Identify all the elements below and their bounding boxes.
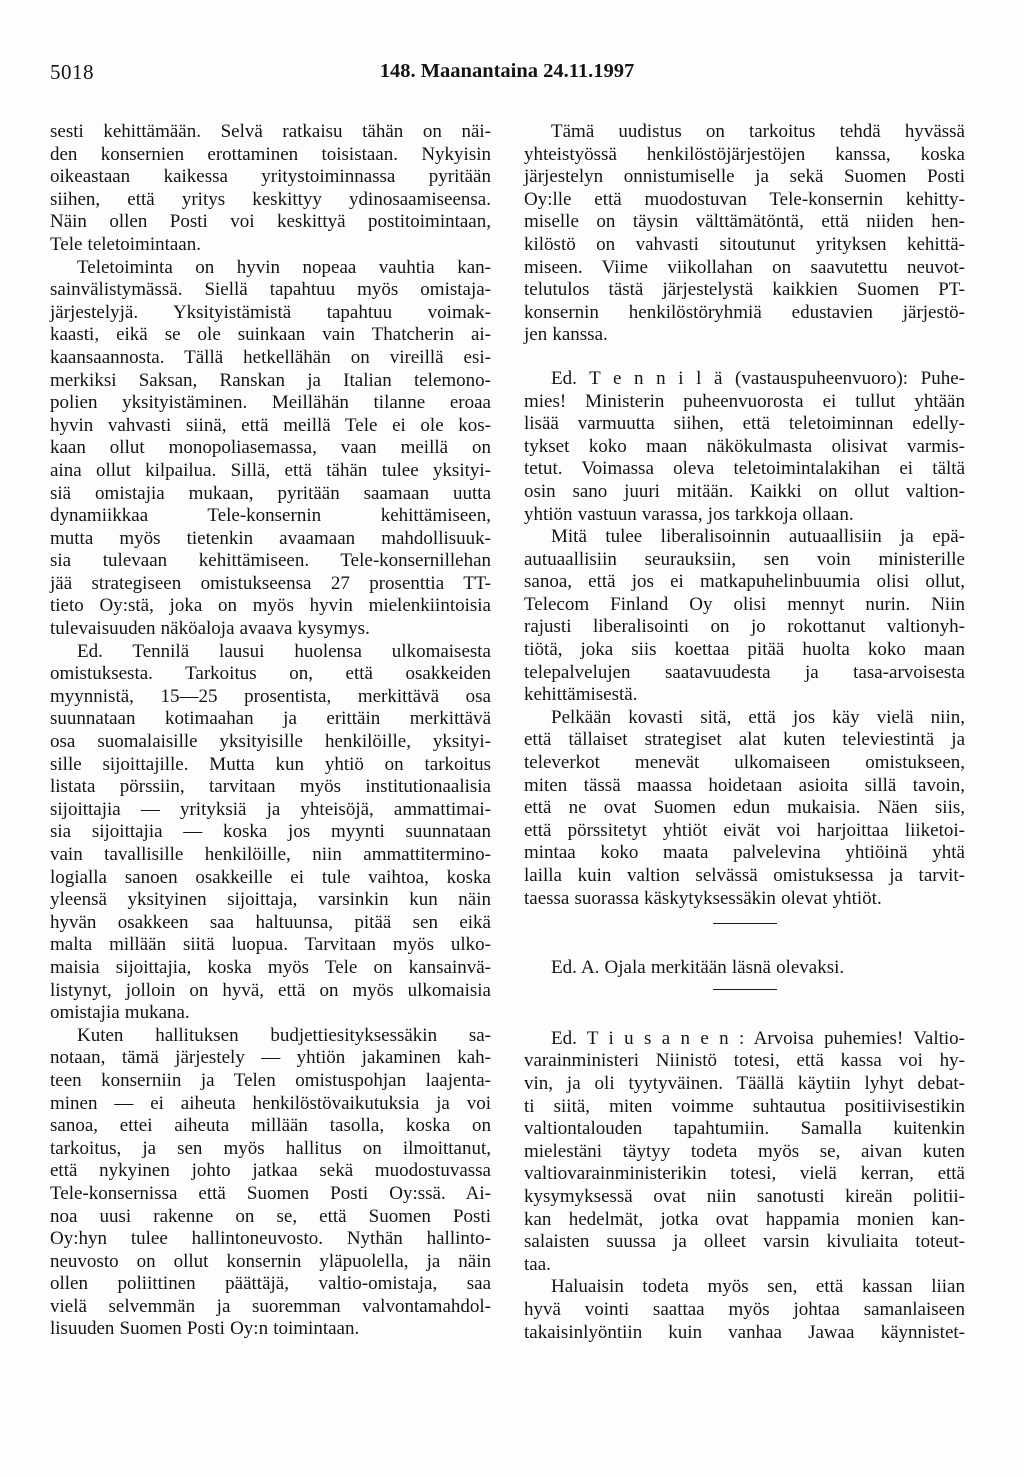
text-line: dynamiikkaa Tele-konsernin kehittämiseen… bbox=[50, 505, 491, 528]
text-line: aina ollut kilpailua. Sillä, että tähän … bbox=[50, 460, 491, 483]
session-header: 148. Maanantaina 24.11.1997 bbox=[50, 60, 964, 83]
text-line: sia sijoittajia — koska jos myynti suunn… bbox=[50, 821, 491, 844]
text-line: että pörssitetyt yhtiöt eivät voi harjoi… bbox=[524, 820, 965, 843]
text-line: maisia sijoittajia, koska myös Tele on k… bbox=[50, 957, 491, 980]
text-line: takaisinlyöntiin kuin vanhaa Jawaa käynn… bbox=[524, 1322, 965, 1345]
text-line: ollen poliittinen päättäjä, valtio-omist… bbox=[50, 1273, 491, 1296]
text-line: den konsernien erottaminen toisistaan. N… bbox=[50, 144, 491, 167]
text-line: siä omistajia mukaan, pyritään saamaan u… bbox=[50, 483, 491, 506]
text-line: lailla kuin valtion selvässä omistuksess… bbox=[524, 865, 965, 888]
text-line: sesti kehittämään. Selvä ratkaisu tähän … bbox=[50, 121, 491, 144]
divider-line bbox=[713, 923, 777, 924]
text-line: hyvin vahvasti siinä, että meillä Tele e… bbox=[50, 415, 491, 438]
text-line: Tele-konsernissa että Suomen Posti Oy:ss… bbox=[50, 1183, 491, 1206]
divider-line bbox=[713, 989, 777, 990]
text-line: varainministeri Niinistö totesi, että ka… bbox=[524, 1050, 965, 1073]
text-line: kan hedelmät, jotka ovat happamia monien… bbox=[524, 1209, 965, 1232]
text-line: kehittämisestä. bbox=[524, 684, 965, 707]
text-line: kaan ollut monopoliasemassa, vaan meillä… bbox=[50, 437, 491, 460]
text-line: Kuten hallituksen budjettiesityksessäkin… bbox=[50, 1025, 491, 1048]
text-line: jää strategiseen omistukseensa 27 prosen… bbox=[50, 573, 491, 596]
text-line: yhteistyössä henkilöstöjärjestöjen kanss… bbox=[524, 144, 965, 167]
text-line: tiötä, joka siis koettaa pitää huolta ko… bbox=[524, 639, 965, 662]
text-line: tieto Oy:stä, joka on myös hyvin mielenk… bbox=[50, 595, 491, 618]
text-line: taessa suorassa käskytyksessäkin olevat … bbox=[524, 888, 965, 911]
text-line: osin sano juuri mitään. Kaikki on ollut … bbox=[524, 481, 965, 504]
text-line: mintaa koko maata palvelevina yhtiöinä y… bbox=[524, 842, 965, 865]
text-line: autuaallisiin seurauksiin, sen voin mini… bbox=[524, 549, 965, 572]
text-line: ti siitä, miten voimme suhtautua positii… bbox=[524, 1096, 965, 1119]
text-line: vin, ja oli tyytyväinen. Täällä käytiin … bbox=[524, 1073, 965, 1096]
text-line: Oy:lle että muodostuvan Tele-konsernin k… bbox=[524, 189, 965, 212]
text-line: suunnataan kotimaahan ja erittäin merkit… bbox=[50, 708, 491, 731]
text-line: Telecom Finland Oy olisi mennyt nurin. N… bbox=[524, 594, 965, 617]
text-line: taa. bbox=[524, 1254, 965, 1277]
text-line: notaan, tämä järjestely — yhtiön jakamin… bbox=[50, 1047, 491, 1070]
text-line: sanoa, ettei aiheuta millään tasolla, ko… bbox=[50, 1115, 491, 1138]
text-line: sijoittajia — yrityksiä ja yhteisöjä, am… bbox=[50, 799, 491, 822]
text-line: tarkoitus, ja sen myös hallitus on ilmoi… bbox=[50, 1138, 491, 1161]
text-line: yleensä yksityinen sijoittaja, varsinkin… bbox=[50, 889, 491, 912]
text-line: listynyt, jolloin on hyvä, että on myös … bbox=[50, 980, 491, 1003]
section-divider bbox=[524, 923, 965, 924]
text-line: Mitä tulee liberalisoinnin autuaallisiin… bbox=[524, 526, 965, 549]
text-line: jen kanssa. bbox=[524, 324, 965, 347]
text-line: sainvälistymässä. Siellä tapahtuu myös o… bbox=[50, 279, 491, 302]
text-line: oikeastaan kaikessa yritystoiminnassa py… bbox=[50, 166, 491, 189]
text-line: että nykyinen johto jatkaa sekä muodostu… bbox=[50, 1160, 491, 1183]
text-line: myynnistä, 15—25 prosentista, merkittävä… bbox=[50, 686, 491, 709]
text-line: Teletoiminta on hyvin nopeaa vauhtia kan… bbox=[50, 257, 491, 280]
text-line: vain tavallisille henkilöille, niin amma… bbox=[50, 844, 491, 867]
text-line: sia tulevaan kehittämiseen. Tele-konsern… bbox=[50, 550, 491, 573]
text-line: kaansaannosta. Tällä hetkellähän on vire… bbox=[50, 347, 491, 370]
paragraph: Mitä tulee liberalisoinnin autuaallisiin… bbox=[524, 526, 965, 707]
text-columns: sesti kehittämään. Selvä ratkaisu tähän … bbox=[50, 121, 965, 1344]
text-line: neuvosto on ollut konsernin yläpuolella,… bbox=[50, 1251, 491, 1274]
text-line: Ed. T e n n i l ä (vastauspuheenvuoro): … bbox=[524, 368, 965, 391]
paragraph: Haluaisin todeta myös sen, että kassan l… bbox=[524, 1276, 965, 1344]
text-line: polien yksityistäminen. Meillähän tilann… bbox=[50, 392, 491, 415]
text-line: hyvän osakkeen saa haltuunsa, pitää sen … bbox=[50, 912, 491, 935]
text-line: logialla sanoen osakkeille ei tule vaiht… bbox=[50, 867, 491, 890]
text-line: Ed. Tennilä lausui huolensa ulkomaisesta bbox=[50, 641, 491, 664]
text-line: vielä selvemmän ja suoremman valvontamah… bbox=[50, 1296, 491, 1319]
text-line: siihen, että yritys keskittyy ydinosaami… bbox=[50, 189, 491, 212]
text-line: valtiontalouden tapahtumiin. Samalla kui… bbox=[524, 1118, 965, 1141]
text-line: Pelkään kovasti sitä, että jos käy vielä… bbox=[524, 707, 965, 730]
text-line: mielestäni täytyy todeta myös se, aivan … bbox=[524, 1141, 965, 1164]
text-line: Näin ollen Posti voi keskittyä postitoim… bbox=[50, 211, 491, 234]
text-line: miselle on täysin välttämätöntä, että ni… bbox=[524, 211, 965, 234]
paragraph: Ed. T e n n i l ä (vastauspuheenvuoro): … bbox=[524, 368, 965, 526]
text-line: miseen. Viime viikollahan on saavutettu … bbox=[524, 257, 965, 280]
right-column: Tämä uudistus on tarkoitus tehdä hyvässä… bbox=[524, 121, 965, 1344]
text-line: malta millään siitä luopua. Tarvitaan my… bbox=[50, 934, 491, 957]
left-column: sesti kehittämään. Selvä ratkaisu tähän … bbox=[50, 121, 491, 1344]
text-line: sille sijoittajille. Mutta kun yhtiö on … bbox=[50, 754, 491, 777]
text-line: mutta myös tietenkin avaamaan mahdollisu… bbox=[50, 528, 491, 551]
text-line: salaisten suussa ja olleet varsin kivuli… bbox=[524, 1231, 965, 1254]
text-line: listata pörssiin, tarvitaan myös institu… bbox=[50, 776, 491, 799]
text-line: Tele teletoimintaan. bbox=[50, 234, 491, 257]
text-line: mies! Ministerin puheenvuorosta ei tullu… bbox=[524, 391, 965, 414]
section-divider bbox=[524, 989, 965, 990]
text-line: tykset koko maan näkökulmasta olisivat v… bbox=[524, 436, 965, 459]
text-line: omistajia mukana. bbox=[50, 1002, 491, 1025]
text-line: Oy:hyn tulee hallintoneuvosto. Nythän ha… bbox=[50, 1228, 491, 1251]
paragraph: Kuten hallituksen budjettiesityksessäkin… bbox=[50, 1025, 491, 1341]
text-line: osa suomalaisille yksityisille henkilöil… bbox=[50, 731, 491, 754]
text-line: Tämä uudistus on tarkoitus tehdä hyvässä bbox=[524, 121, 965, 144]
text-line: että tällaiset strategiset alat kuten te… bbox=[524, 729, 965, 752]
text-line: omistuksesta. Tarkoitus on, että osakkei… bbox=[50, 663, 491, 686]
text-line: Ed. T i u s a n e n : Arvoisa puhemies! … bbox=[524, 1028, 965, 1051]
paragraph: Ed. A. Ojala merkitään läsnä olevaksi. bbox=[524, 957, 965, 980]
paragraph: Tämä uudistus on tarkoitus tehdä hyvässä… bbox=[524, 121, 965, 347]
text-line: Ed. A. Ojala merkitään läsnä olevaksi. bbox=[524, 957, 965, 980]
text-line: merkiksi Saksan, Ranskan ja Italian tele… bbox=[50, 370, 491, 393]
text-line: järjestelyjä. Yksityistämistä tapahtuu v… bbox=[50, 302, 491, 325]
text-line: tulevaisuuden näköaloja avaava kysymys. bbox=[50, 618, 491, 641]
text-line: teen konserniin ja Telen omistuspohjan l… bbox=[50, 1070, 491, 1093]
text-line: lisää varmuutta siihen, että teletoiminn… bbox=[524, 413, 965, 436]
scanned-document-page: 5018 148. Maanantaina 24.11.1997 sesti k… bbox=[0, 0, 1024, 1477]
paragraph: sesti kehittämään. Selvä ratkaisu tähän … bbox=[50, 121, 491, 257]
text-line: kilöstö on vahvasti sitoutunut yrityksen… bbox=[524, 234, 965, 257]
page-header: 5018 148. Maanantaina 24.11.1997 bbox=[50, 60, 964, 86]
text-line: konsernin henkilöstöryhmiä edustavien jä… bbox=[524, 302, 965, 325]
text-line: minen — ei aiheuta henkilöstövaikutuksia… bbox=[50, 1093, 491, 1116]
text-line: lisuuden Suomen Posti Oy:n toimintaan. bbox=[50, 1318, 491, 1341]
text-line: telepalvelujen saatavuudesta ja tasa-arv… bbox=[524, 662, 965, 685]
paragraph: Ed. T i u s a n e n : Arvoisa puhemies! … bbox=[524, 1028, 965, 1277]
text-line: miten tässä maassa hoidetaan asioita sil… bbox=[524, 775, 965, 798]
paragraph: Pelkään kovasti sitä, että jos käy vielä… bbox=[524, 707, 965, 910]
paragraph: Teletoiminta on hyvin nopeaa vauhtia kan… bbox=[50, 257, 491, 641]
text-line: televerkot menevät ulkomaiseen omistukse… bbox=[524, 752, 965, 775]
text-line: tetut. Voimassa oleva teletoimintalakiha… bbox=[524, 458, 965, 481]
text-line: kaasti, eikä se ole suinkaan vain Thatch… bbox=[50, 324, 491, 347]
text-line: kysymyksessä ovat niin sanotusti kireän … bbox=[524, 1186, 965, 1209]
text-line: noa uusi rakenne on se, että Suomen Post… bbox=[50, 1206, 491, 1229]
text-line: hyvä vointi saattaa myös johtaa samanlai… bbox=[524, 1299, 965, 1322]
text-line: valtiovarainministerikin totesi, vielä k… bbox=[524, 1163, 965, 1186]
paragraph: Ed. Tennilä lausui huolensa ulkomaisesta… bbox=[50, 641, 491, 1025]
text-line: sanoa, että jos ei matkapuhelinbuumia ol… bbox=[524, 571, 965, 594]
text-line: että ne ovat Suomen edun mukaisia. Näen … bbox=[524, 797, 965, 820]
text-line: Haluaisin todeta myös sen, että kassan l… bbox=[524, 1276, 965, 1299]
text-line: rajusti liberalisointi on jo rokottanut … bbox=[524, 616, 965, 639]
text-line: järjestelyn onnistumiselle ja sekä Suome… bbox=[524, 166, 965, 189]
text-line: yhtiön vastuun varassa, jos tarkkoja oll… bbox=[524, 504, 965, 527]
text-line: telutulos tästä järjestelystä kaikkien S… bbox=[524, 279, 965, 302]
